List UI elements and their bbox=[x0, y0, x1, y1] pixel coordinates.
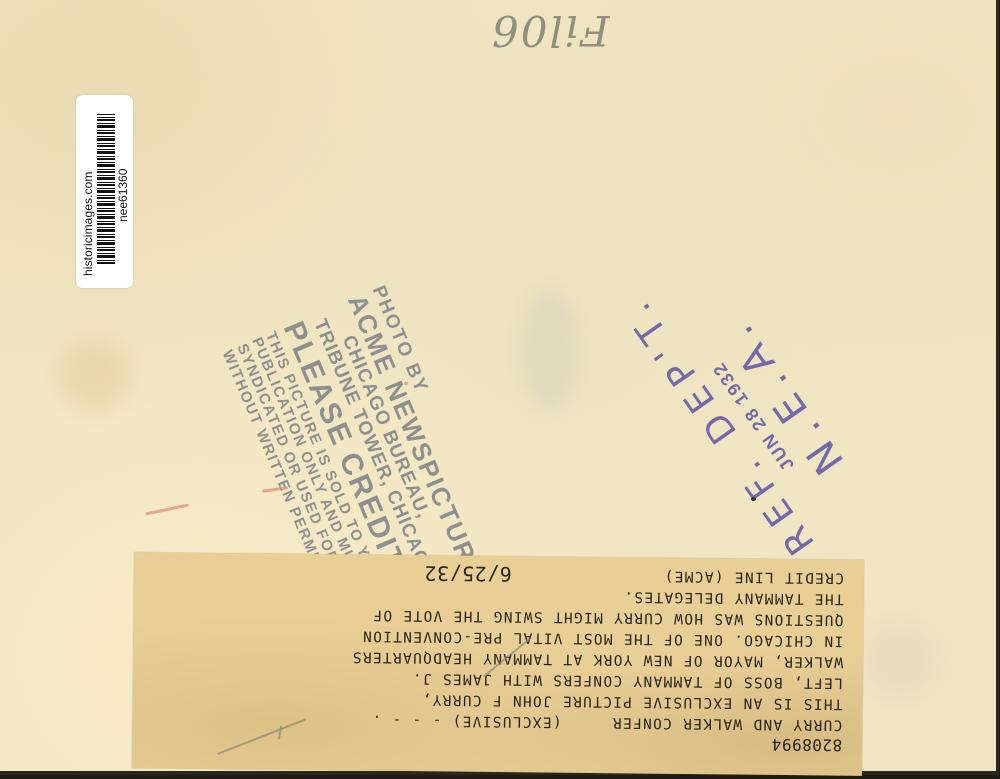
stain bbox=[520, 290, 580, 410]
barcode-item-id: nee61360 bbox=[116, 168, 130, 221]
red-pencil-mark bbox=[404, 382, 408, 385]
barcode-content: historicimages.com nee61360 bbox=[79, 102, 131, 282]
acme-newspictures-stamp: PHOTO BY ACME NEWSPICTURES, CHICAGO BURE… bbox=[150, 240, 510, 540]
caption-date: 6/25/32 bbox=[424, 562, 512, 584]
photo-back-paper: historicimages.com nee61360 Fil06 PHOTO … bbox=[0, 0, 999, 775]
nea-stamp-text: REF. DEP'T. JUN 28 1932 N.E.A. bbox=[629, 269, 880, 562]
barcode-label: historicimages.com nee61360 bbox=[76, 95, 133, 288]
caption-slip: 8208994 CURRY AND WALKER CONFER (EXCLUSI… bbox=[132, 552, 864, 776]
caption-credit-line: CREDIT LINE (ACME) bbox=[663, 565, 844, 588]
caption-tag-dots: - - - . bbox=[371, 712, 441, 729]
caption-tag: (EXCLUSIVE) bbox=[451, 713, 561, 730]
caption-body: 8208994 CURRY AND WALKER CONFER (EXCLUSI… bbox=[262, 561, 844, 756]
caption-credit-row: CREDIT LINE (ACME) 6/25/32 bbox=[424, 562, 844, 587]
stain bbox=[860, 620, 940, 700]
stain bbox=[60, 340, 130, 410]
barcode-site-text: historicimages.com bbox=[81, 171, 95, 276]
handwritten-pencil-note: Fil06 bbox=[490, 6, 609, 55]
barcode-icon bbox=[97, 114, 115, 264]
caption-headline: CURRY AND WALKER CONFER bbox=[612, 714, 843, 732]
nea-ref-dept-stamp: REF. DEP'T. JUN 28 1932 N.E.A. bbox=[610, 290, 900, 540]
